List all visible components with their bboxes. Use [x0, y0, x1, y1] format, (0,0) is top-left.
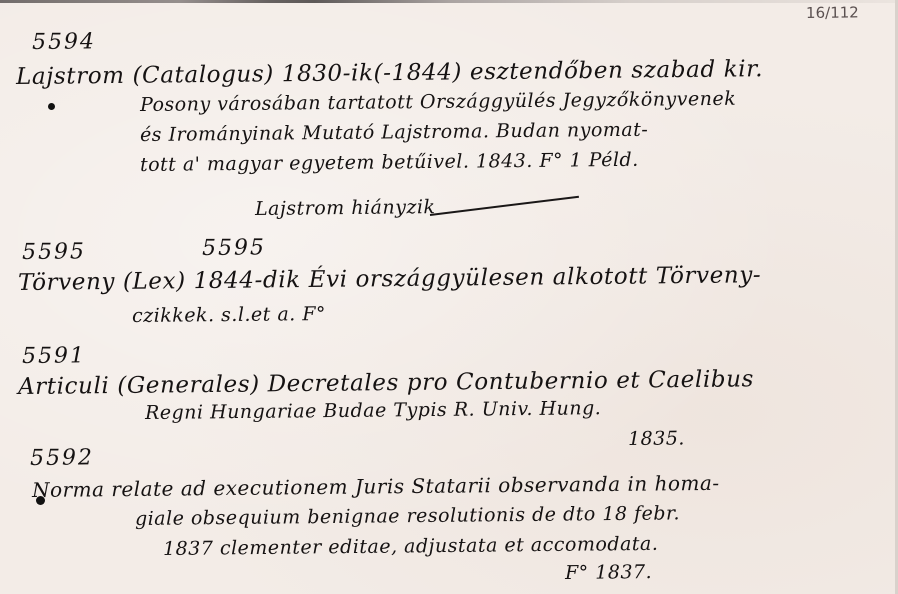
entry-line: giale obsequium benignae resolutionis de… — [135, 502, 680, 530]
entry-line: czikkek. s.l.et a. F° — [132, 303, 326, 327]
entry-title-line: Lajstrom (Catalogus) 1830-ik(-1844) eszt… — [16, 56, 763, 90]
entry-line: Regni Hungariae Budae Typis R. Univ. Hun… — [145, 397, 602, 424]
entry-title-line: Articuli (Generales) Decretales pro Cont… — [18, 366, 754, 400]
entry-line: és Irományinak Mutató Lajstroma. Budan n… — [140, 119, 648, 146]
entry-number: 5591 — [22, 343, 86, 369]
entry-number: 5592 — [30, 445, 94, 471]
entry-line: Posony városában tartatott Országgyülés … — [140, 88, 736, 116]
entry-title-line: Törveny (Lex) 1844-dik Évi országgyülese… — [18, 262, 762, 296]
entry-number-repeat: 5595 — [202, 235, 266, 261]
entry-line: 1837 clementer editae, adjustata et acco… — [163, 533, 659, 560]
entry-year: 1835. — [628, 427, 685, 450]
entry-title-line: Norma relate ad executionem Juris Statar… — [32, 471, 720, 502]
catalogue-card: 16/112 5594 Lajstrom (Catalogus) 1830-ik… — [0, 0, 898, 594]
entry-number: 5595 — [22, 239, 86, 265]
bullet-mark — [48, 103, 55, 110]
entry-note: Lajstrom hiányzik — [255, 196, 436, 220]
note-flourish — [430, 196, 579, 216]
shelf-mark: 16/112 — [806, 3, 859, 22]
entry-year: F° 1837. — [565, 561, 652, 584]
entry-number: 5594 — [32, 29, 96, 55]
entry-line: tott a' magyar egyetem betűivel. 1843. F… — [140, 149, 639, 176]
card-top-edge — [0, 0, 898, 3]
